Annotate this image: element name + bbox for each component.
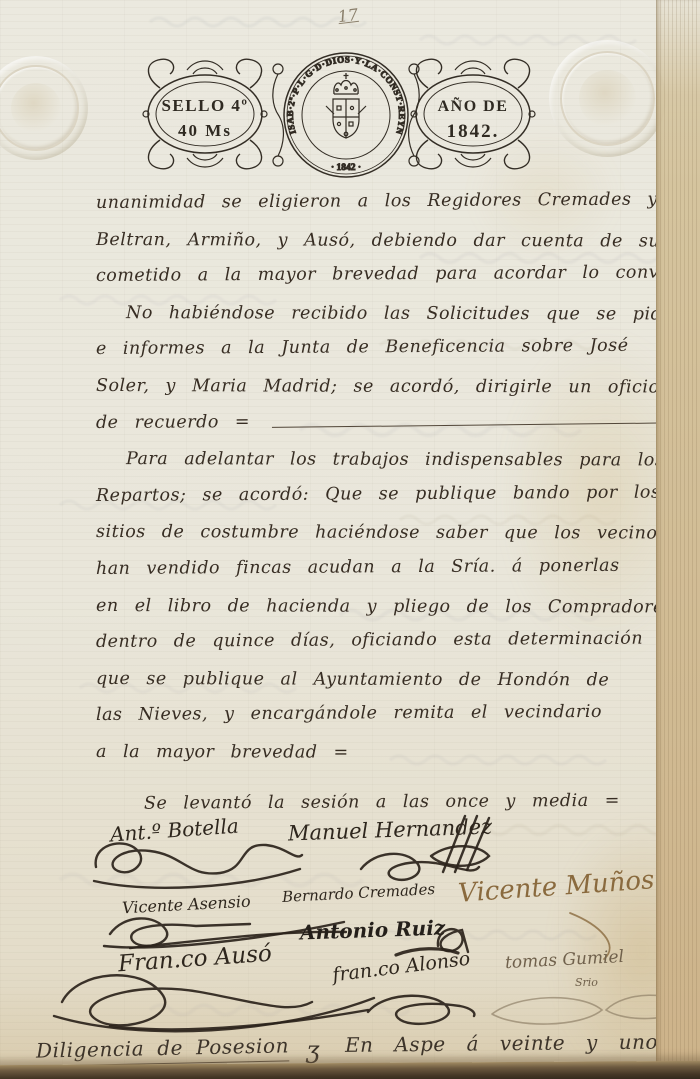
manuscript-line: sitios de costumbre haciéndose saber que… <box>96 522 664 560</box>
signature-auso: Fran.co Ausó <box>117 941 272 978</box>
sello-line1: SELLO 4º <box>161 96 248 115</box>
manuscript-line: a la mayor brevedad = <box>96 742 664 780</box>
footer-entry-label: Diligencia de Posesion <box>36 1033 290 1066</box>
ano-line2: 1842. <box>447 121 500 142</box>
manuscript-line: Beltran, Armiño, y Ausó, debiendo dar cu… <box>96 230 664 268</box>
manuscript-line: Para adelantar los trabajos indispensabl… <box>96 449 664 487</box>
footer-separator-mark: ʒ <box>306 1036 320 1064</box>
crown-icon <box>334 73 358 94</box>
signature-alonso: fran.co Alonso <box>331 948 471 987</box>
embossed-seal-right <box>549 40 666 157</box>
sello-line2: 40 Ms <box>178 121 232 140</box>
rubric-flourish <box>352 986 482 1028</box>
manuscript-line: dentro de quince días, oficiando esta de… <box>96 629 664 669</box>
manuscript-line: Soler, y Maria Madrid; se acordó, dirigi… <box>96 376 664 414</box>
coat-of-arms-icon <box>326 99 366 138</box>
manuscript-line: las Nieves, y encargándole remita el vec… <box>96 702 664 742</box>
signature-gumiel-role: Srio <box>575 976 598 989</box>
manuscript-line: en el libro de hacienda y pliego de los … <box>96 596 664 634</box>
manuscript-line-text: de recuerdo = <box>96 412 250 433</box>
revenue-stamp: SELLO 4º 40 Ms AÑO DE 1842. <box>138 48 550 188</box>
footer-entry-text: En Aspe á veinte y uno de <box>345 1029 700 1057</box>
page-bottom-edge <box>0 1061 700 1079</box>
ano-oval: AÑO DE 1842. <box>411 59 535 169</box>
manuscript-line: e informes a la Junta de Beneficencia so… <box>96 336 664 376</box>
manuscript-line: cometido a la mayor brevedad para acorda… <box>96 263 664 303</box>
signature-cremades: Bernardo Cremades <box>282 880 436 906</box>
manuscript-page: 17 SELLO 4º 40 Ms <box>0 0 700 1079</box>
ano-line1: AÑO DE <box>438 96 509 115</box>
seal-year: · 1842 · <box>331 163 361 173</box>
manuscript-line: unanimidad se eligieron a los Regidores … <box>96 190 664 230</box>
book-page-edges <box>656 0 700 1079</box>
signature-ruiz: Antonio Ruiz <box>300 915 446 944</box>
manuscript-line: Repartos; se acordó: Que se publique ban… <box>96 482 664 522</box>
manuscript-line: han vendido fincas acudan a la Sría. á p… <box>96 555 664 595</box>
signature-munoz: Vicente Muños <box>457 865 655 909</box>
rubric-flourish <box>50 972 380 1034</box>
trailing-rule <box>272 422 658 427</box>
embossed-seal-left <box>0 56 88 160</box>
page-number: 17 <box>319 3 377 29</box>
sello-oval: SELLO 4º 40 Ms <box>143 59 267 169</box>
signature-gumiel: tomas Gumiel <box>505 947 625 973</box>
signature-asensio: Vicente Asensio <box>122 892 251 918</box>
manuscript-line: de recuerdo = <box>96 409 664 449</box>
manuscript-body: unanimidad se eligieron a los Regidores … <box>96 193 664 830</box>
